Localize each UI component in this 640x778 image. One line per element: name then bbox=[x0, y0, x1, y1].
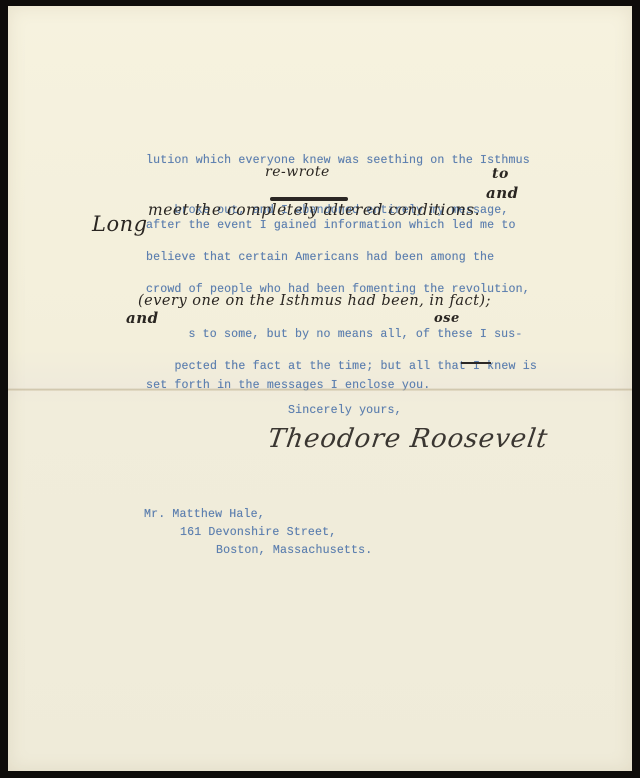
signature: Theodore Roosevelt bbox=[266, 424, 550, 454]
line6-prefix: s to some, but by no means all, of th bbox=[188, 328, 451, 341]
handwritten-margin-and: and bbox=[126, 309, 159, 327]
addressee-name: Mr. Matthew Hale, bbox=[144, 508, 265, 521]
handwritten-to: to bbox=[492, 166, 509, 182]
body-line-1: lution which everyone knew was seething … bbox=[146, 154, 530, 167]
underlined-word: knew bbox=[487, 360, 515, 373]
paper-fold-line bbox=[8, 388, 632, 391]
letter-page: lution which everyone knew was seething … bbox=[8, 6, 632, 771]
line6-suffix: I sus- bbox=[473, 328, 523, 341]
body-line-4: believe that certain Americans had been … bbox=[146, 251, 494, 264]
line7-prefix: pected the fact at the time; but all tha… bbox=[174, 360, 487, 373]
handwritten-ose: ose bbox=[434, 311, 460, 326]
handwritten-and: and bbox=[486, 184, 519, 202]
addressee-street: 161 Devonshire Street, bbox=[180, 526, 336, 539]
handwritten-everyone-isthmus: (every one on the Isthmus had been, in f… bbox=[138, 293, 491, 309]
closing: Sincerely yours, bbox=[288, 404, 402, 417]
body-line-3: after the event I gained information whi… bbox=[146, 219, 516, 232]
line7-suffix: is bbox=[516, 360, 537, 373]
handwritten-meet-conditions: meet the completely altered conditions. bbox=[148, 201, 480, 219]
handwritten-long: Long bbox=[92, 212, 148, 236]
handwritten-rewrote: re-wrote bbox=[265, 164, 330, 180]
struck-fragment: ese bbox=[451, 328, 472, 341]
underline-knew bbox=[461, 362, 491, 364]
addressee-city: Boston, Massachusetts. bbox=[216, 544, 372, 557]
